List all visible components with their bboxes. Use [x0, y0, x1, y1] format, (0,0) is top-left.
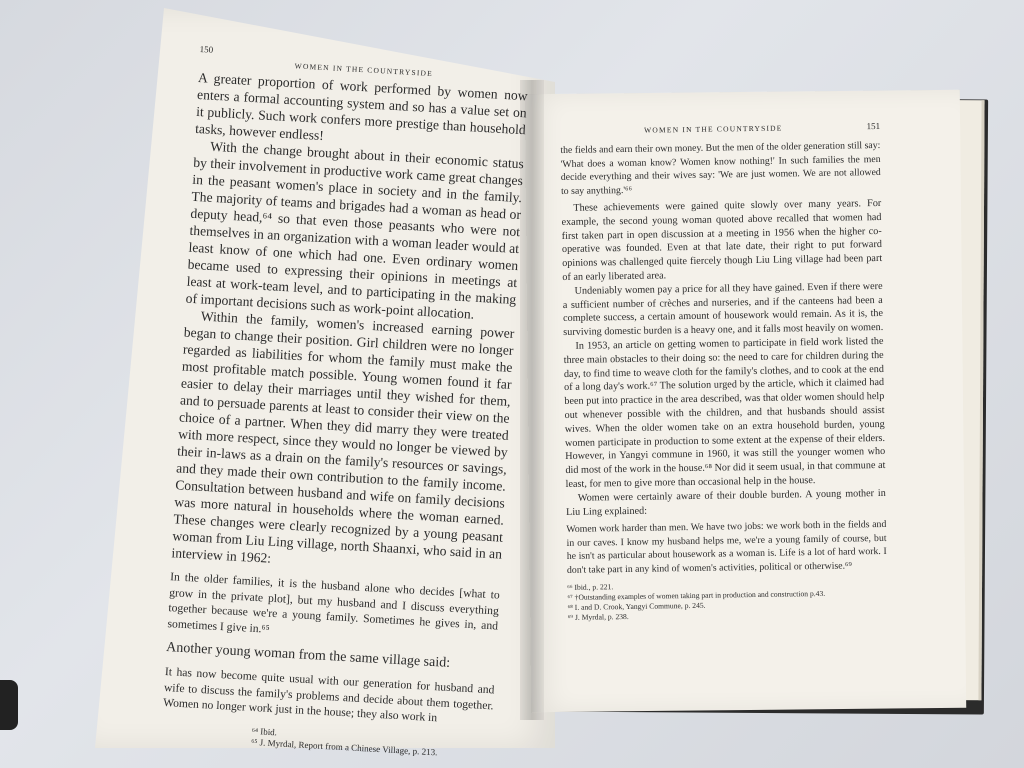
- paragraph: Undeniably women pay a price for all the…: [563, 280, 884, 340]
- block-quote: It has now become quite usual with our g…: [163, 664, 495, 729]
- block-quote-continued: the fields and earn their own money. But…: [560, 139, 881, 198]
- footnotes-right: ⁶⁶ Ibid., p. 221. ⁶⁷ †Outstanding exampl…: [567, 578, 888, 623]
- footnotes-left: ⁶⁴ Ibid. ⁶⁵ J. Myrdal, Report from a Chi…: [161, 720, 492, 760]
- paragraph: Women were certainly aware of their doub…: [566, 487, 886, 520]
- running-head-right: WOMEN IN THE COUNTRYSIDE: [560, 122, 867, 136]
- paragraph: These achievements were gained quite slo…: [561, 197, 882, 285]
- dark-object-corner: [0, 680, 18, 730]
- right-page-text: WOMEN IN THE COUNTRYSIDE 151 the fields …: [560, 120, 888, 623]
- book-gutter: [520, 80, 544, 720]
- paragraph: In 1953, an article on getting women to …: [563, 335, 885, 492]
- block-quote: In the older families, it is the husband…: [167, 569, 500, 649]
- block-quote: Women work harder than men. We have two …: [566, 518, 887, 577]
- paragraph: Within the family, women's increased ear…: [171, 307, 515, 580]
- left-page-text: 150 WOMEN IN THE COUNTRYSIDE A greater p…: [161, 44, 530, 761]
- paragraph: With the change brought about in their e…: [185, 137, 524, 325]
- page-number-right: 151: [866, 121, 880, 131]
